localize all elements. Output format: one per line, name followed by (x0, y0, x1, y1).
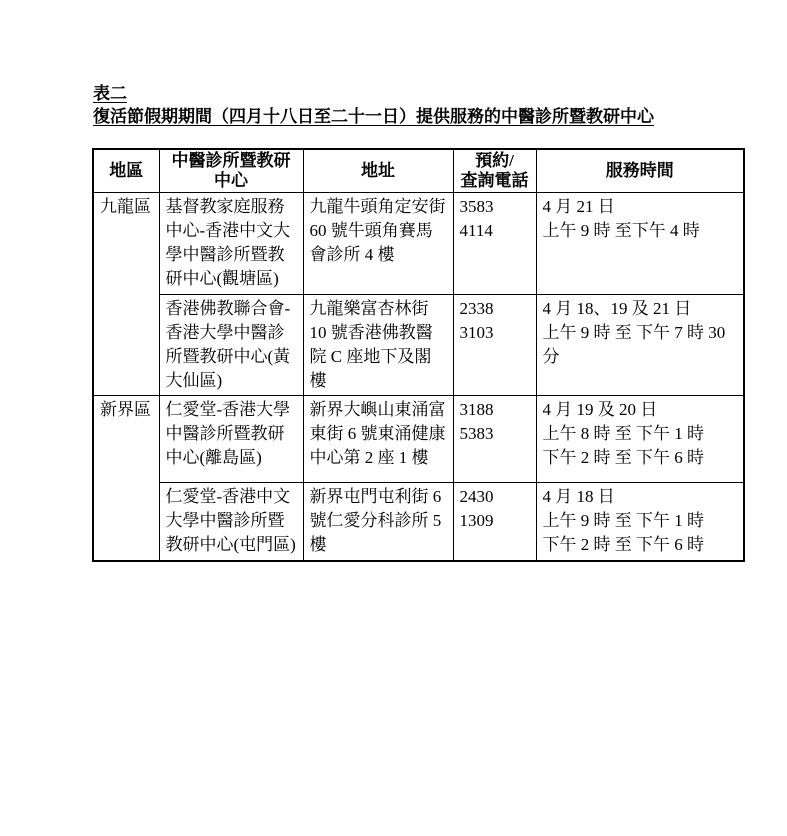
col-header-hours: 服務時間 (536, 149, 744, 193)
hours-cell: 4 月 18 日 上午 9 時 至 下午 1 時 下午 2 時 至 下午 6 時 (536, 483, 744, 561)
centre-cell: 仁愛堂-香港中文大學中醫診所暨教研中心(屯門區) (159, 483, 303, 561)
table-number-text: 表二 (93, 84, 127, 103)
district-cell-kowloon: 九龍區 (93, 193, 159, 396)
table-row: 九龍區 基督教家庭服務中心-香港中文大學中醫診所暨教研中心(觀塘區) 九龍牛頭角… (93, 193, 744, 295)
table-number-label: 表二 (93, 82, 654, 105)
table-row: 香港佛教聯合會-香港大學中醫診所暨教研中心(黃大仙區) 九龍樂富杏林街 10 號… (93, 295, 744, 396)
table-row: 新界區 仁愛堂-香港大學中醫診所暨教研中心(離島區) 新界大嶼山東涌富東街 6 … (93, 396, 744, 483)
centre-cell: 香港佛教聯合會-香港大學中醫診所暨教研中心(黃大仙區) (159, 295, 303, 396)
table-row: 仁愛堂-香港中文大學中醫診所暨教研中心(屯門區) 新界屯門屯利街 6 號仁愛分科… (93, 483, 744, 561)
col-header-centre: 中醫診所暨教研 中心 (159, 149, 303, 193)
phone-cell: 3188 5383 (453, 396, 536, 483)
hours-cell: 4 月 21 日 上午 9 時 至下午 4 時 (536, 193, 744, 295)
hours-cell: 4 月 18、19 及 21 日 上午 9 時 至 下午 7 時 30 分 (536, 295, 744, 396)
clinics-table: 地區 中醫診所暨教研 中心 地址 預約/ 查詢電話 服務時間 九龍區 基督教家庭… (92, 148, 745, 562)
centre-cell: 仁愛堂-香港大學中醫診所暨教研中心(離島區) (159, 396, 303, 483)
address-cell: 新界屯門屯利街 6 號仁愛分科診所 5 樓 (303, 483, 453, 561)
centre-cell: 基督教家庭服務中心-香港中文大學中醫診所暨教研中心(觀塘區) (159, 193, 303, 295)
phone-cell: 3583 4114 (453, 193, 536, 295)
phone-cell: 2430 1309 (453, 483, 536, 561)
address-cell: 新界大嶼山東涌富東街 6 號東涌健康中心第 2 座 1 樓 (303, 396, 453, 483)
header-row: 地區 中醫診所暨教研 中心 地址 預約/ 查詢電話 服務時間 (93, 149, 744, 193)
col-header-district: 地區 (93, 149, 159, 193)
district-cell-new-territories: 新界區 (93, 396, 159, 561)
page-title-text: 復活節假期期間（四月十八日至二十一日）提供服務的中醫診所暨教研中心 (93, 107, 654, 126)
document-title-block: 表二 復活節假期期間（四月十八日至二十一日）提供服務的中醫診所暨教研中心 (93, 82, 654, 128)
address-cell: 九龍牛頭角定安街 60 號牛頭角賽馬會診所 4 樓 (303, 193, 453, 295)
col-header-address: 地址 (303, 149, 453, 193)
hours-cell: 4 月 19 及 20 日 上午 8 時 至 下午 1 時 下午 2 時 至 下… (536, 396, 744, 483)
col-header-phone: 預約/ 查詢電話 (453, 149, 536, 193)
phone-cell: 2338 3103 (453, 295, 536, 396)
page-title: 復活節假期期間（四月十八日至二十一日）提供服務的中醫診所暨教研中心 (93, 105, 654, 128)
address-cell: 九龍樂富杏林街 10 號香港佛教醫院 C 座地下及閣樓 (303, 295, 453, 396)
